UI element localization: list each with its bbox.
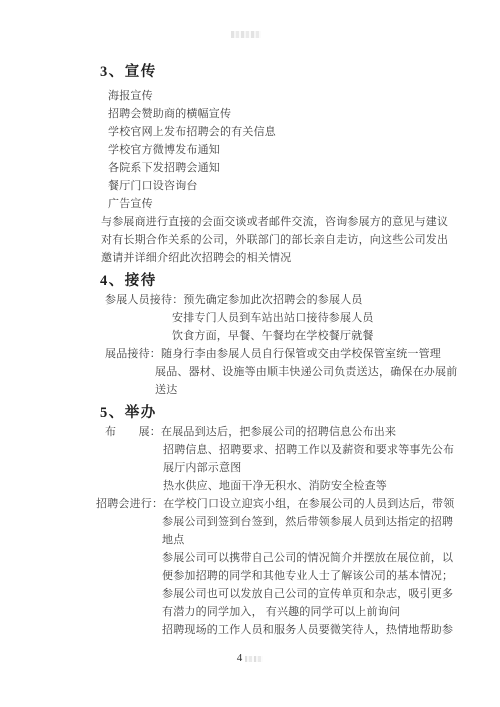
list-item: 海报宣传 (108, 87, 500, 105)
block-label-row: 展品接待：随身行李由参展人员自行保管或交由学校保管室统一管理 (105, 345, 500, 363)
page-footer: 4 (0, 652, 500, 664)
block-line: 饮食方面，早餐、午餐均在学校餐厅就餐 (172, 327, 500, 345)
block-line: 安排专门人员到车站出站口接待参展人员 (172, 309, 500, 327)
page-number: 4 (237, 652, 243, 664)
block-first-line: 随身行李由参展人员自行保管或交由学校保管室统一管理 (161, 348, 441, 360)
section-heading-holding: 5、举办 (100, 403, 500, 423)
block-label: 参展人员接待： (105, 294, 183, 306)
block-label: 展品接待： (105, 348, 161, 360)
block-line: 展品、器材、设施等由顺丰快递公司负责送达，确保在办展前 (155, 363, 500, 381)
paragraph-line: 对有长期合作关系的公司，外联部门的部长亲自走访，向这些公司发出 (101, 231, 500, 249)
block-line: 热水供应、地面干净无积水、消防安全检查等 (163, 477, 500, 495)
list-item: 广告宣传 (108, 195, 500, 213)
section-heading-publicity: 3、宣传 (100, 62, 500, 82)
paragraph-line: 邀请并详细介绍此次招聘会的相关情况 (101, 249, 500, 267)
block-line: 招聘现场的工作人员和服务人员要微笑待人，热情地帮助参 (162, 621, 500, 639)
document-page: 3、宣传 海报宣传 招聘会赞助商的横幅宣传 学校官网上发布招聘会的有关信息 学校… (0, 0, 500, 707)
page-content: 3、宣传 海报宣传 招聘会赞助商的横幅宣传 学校官网上发布招聘会的有关信息 学校… (0, 62, 500, 639)
block-first-line: 在展品到达后，把参展公司的招聘信息公布出来 (161, 426, 396, 438)
block-line: 有潜力的同学加入， 有兴趣的同学可以上前询问 (162, 603, 500, 621)
block-label-row: 参展人员接待：预先确定参加此次招聘会的参展人员 (105, 291, 500, 309)
block-label: 招聘会进行： (96, 498, 163, 510)
footer-watermark (245, 656, 263, 662)
list-item: 学校官方微博发布通知 (108, 141, 500, 159)
block-line: 参展公司也可以发放自己公司的宣传单页和杂志，吸引更多 (162, 585, 500, 603)
block-first-line: 在学校门口设立迎宾小组，在参展公司的人员到达后，带领 (163, 498, 454, 510)
list-item: 餐厅门口设咨询台 (108, 177, 500, 195)
block-line: 展厅内部示意图 (163, 459, 500, 477)
block-line: 送达 (155, 381, 500, 399)
block-label-row: 布 展：在展品到达后，把参展公司的招聘信息公布出来 (105, 423, 500, 441)
block-line: 参展公司到签到台签到，然后带领参展人员到达指定的招聘 (162, 513, 500, 531)
list-item: 招聘会赞助商的横幅宣传 (108, 105, 500, 123)
paragraph-line: 与参展商进行直接的会面交谈或者邮件交流，咨询参展方的意见与建议 (101, 213, 500, 231)
section-heading-reception: 4、接待 (100, 271, 500, 291)
block-line: 地点 (162, 531, 500, 549)
list-item: 各院系下发招聘会通知 (108, 159, 500, 177)
block-line: 参展公司可以携带自己公司的情况简介并摆放在展位前，以 (162, 549, 500, 567)
list-item: 学校官网上发布招聘会的有关信息 (108, 123, 500, 141)
block-line: 招聘信息、招聘要求、招聘工作以及薪资和要求等事先公布 (163, 441, 500, 459)
block-line: 便参加招聘的同学和其他专业人士了解该公司的基本情况； (162, 567, 500, 585)
block-label: 布 展： (105, 426, 161, 438)
header-watermark (231, 31, 261, 38)
block-label-row: 招聘会进行：在学校门口设立迎宾小组，在参展公司的人员到达后，带领 (96, 495, 500, 513)
block-first-line: 预先确定参加此次招聘会的参展人员 (183, 294, 362, 306)
